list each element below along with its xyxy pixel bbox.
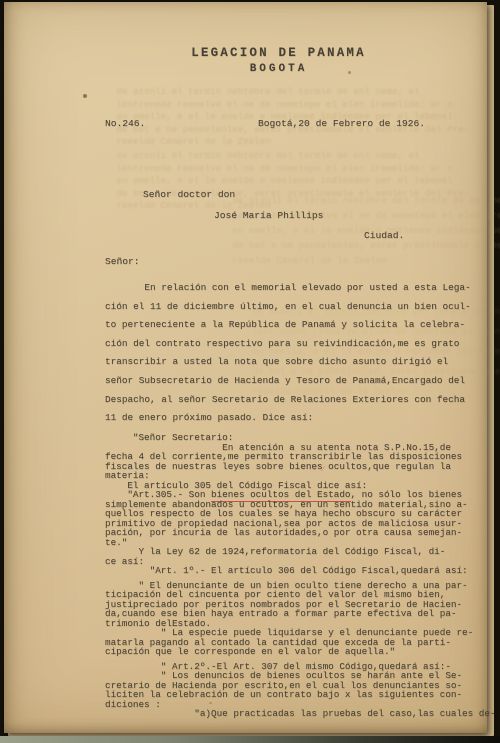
text-line: "Art. 1º.- El artículo 306 del Código Fi… — [105, 566, 496, 576]
transcribed-note: "Señor Secretario: En atención a su aten… — [105, 433, 496, 719]
text-line: pación, por incuria de las autoridades,o… — [105, 528, 496, 538]
text-line: En relación con el memorial elevado por … — [105, 279, 471, 298]
text-line: liciten la celebración de un contrato ba… — [105, 690, 496, 700]
scanner-edge-band — [0, 736, 500, 743]
recipient-city: Ciudad. — [364, 230, 404, 241]
text-line: ción del contrato respectivo para su rei… — [105, 335, 471, 354]
recipient-title: Señor doctor don — [143, 189, 235, 200]
letter-page: de atenli el termin nebtebre del termle … — [4, 2, 487, 733]
text-line: cipación que le corresponde en el valor … — [105, 647, 496, 657]
letterhead: LEGACION DE PANAMA BOGOTA — [37, 46, 500, 75]
text-line: ción el 11 de diciembre último, en el cu… — [105, 298, 471, 317]
paper-stain — [209, 702, 212, 704]
text-line: fiscales de nuestras leyes sobre bienes … — [105, 462, 496, 472]
text-line: señor Subsecretario de Hacienda y Tesoro… — [105, 372, 471, 391]
text-line: transcribir a usted la nota que sobre di… — [105, 353, 471, 372]
paper-stain — [83, 94, 87, 98]
dateline: Bogotá,20 de Febrero de 1926. — [258, 118, 425, 129]
text-line: 11 de enero próximo pasado. Dice así: — [105, 409, 471, 428]
text-line: to perteneciente a la República de Panam… — [105, 316, 471, 335]
opening-paragraph: En relación con el memorial elevado por … — [105, 279, 471, 428]
paper-stain — [348, 71, 351, 74]
salutation: Señor: — [105, 256, 140, 267]
reference-number: No.246. — [105, 118, 145, 129]
letterhead-org: LEGACION DE PANAMA — [37, 46, 500, 60]
text-line: "a)Que practicadas las pruebas del caso,… — [105, 709, 496, 719]
red-pencil-mark: ∕∕ — [312, 463, 328, 475]
recipient-name: José María Phillips — [214, 210, 323, 221]
text-line: Y la Ley 62 de 1924,reformatoria del Cód… — [105, 547, 496, 557]
bleedthrough-texture: de atenli el termin nebtebre del termle … — [117, 150, 470, 213]
letterhead-city: BOGOTA — [37, 63, 500, 75]
text-line: Despacho, al señor Secretario de Relacio… — [105, 391, 471, 410]
scanned-letter: de atenli el termin nebtebre del termle … — [0, 0, 500, 743]
